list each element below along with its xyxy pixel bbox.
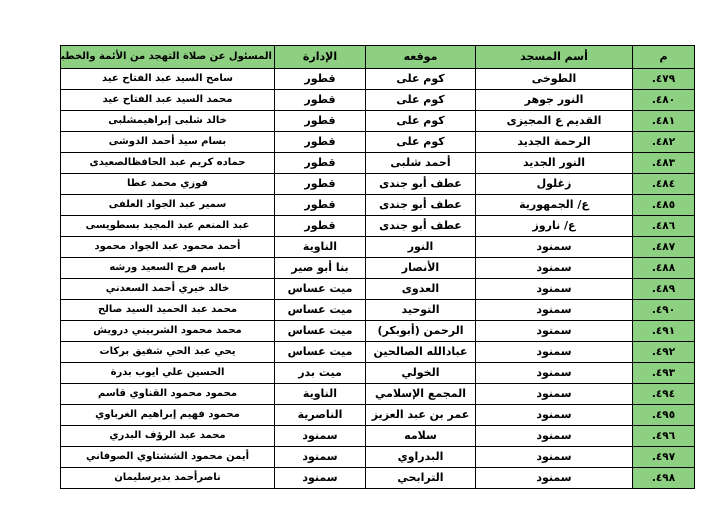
administration-cell: قطور <box>275 111 366 132</box>
row-number-cell: ٤٨٢. <box>633 132 695 153</box>
mosque-name-cell: النور جوهر <box>476 90 633 111</box>
table-row: ٤٨٩.سمنودالعدوىميت عساسخالد خيري أحمد ال… <box>61 279 695 300</box>
table-row: ٤٨٧.سمنودالنورالناويةأحمد محمود عبد الجو… <box>61 237 695 258</box>
tahajjud-imam-cell: سامح السيد عبد الفتاح عيد <box>61 69 275 90</box>
table-row: ٤٨٦.ع/ ناروزعطف أبو جندىقطورعبد المنعم ع… <box>61 216 695 237</box>
tahajjud-imam-cell: محمد محمود الشربيني درويش <box>61 321 275 342</box>
tahajjud-imam-cell: محمود فهيم إبراهيم الغرباوي <box>61 405 275 426</box>
row-number-cell: ٤٧٩. <box>633 69 695 90</box>
row-number-cell: ٤٨٩. <box>633 279 695 300</box>
tahajjud-imam-cell: خالد شلبى إبراهيمشلبى <box>61 111 275 132</box>
col-header-mosque-name: أسم المسجد <box>476 46 633 69</box>
col-header-administration: الإدارة <box>275 46 366 69</box>
location-cell: البدراوي <box>366 447 476 468</box>
mosque-name-cell: الرحمة الجديد <box>476 132 633 153</box>
administration-cell: ميت عساس <box>275 300 366 321</box>
mosque-name-cell: سمنود <box>476 279 633 300</box>
location-cell: المجمع الإسلامي <box>366 384 476 405</box>
row-number-cell: ٤٩٧. <box>633 447 695 468</box>
mosque-name-cell: سمنود <box>476 237 633 258</box>
administration-cell: ميت عساس <box>275 279 366 300</box>
administration-cell: قطور <box>275 153 366 174</box>
tahajjud-imam-cell: عبد المنعم عبد المجيد بسطويسى <box>61 216 275 237</box>
table-row: ٤٨٣.النور الجديدأحمد شلبىقطورحماده كريم … <box>61 153 695 174</box>
location-cell: عطف أبو جندى <box>366 174 476 195</box>
row-number-cell: ٤٩٦. <box>633 426 695 447</box>
administration-cell: قطور <box>275 132 366 153</box>
tahajjud-imam-cell: محمد السيد عبد الفتاح عيد <box>61 90 275 111</box>
table-body: ٤٧٩.الطوخىكوم علىقطورسامح السيد عبد الفت… <box>61 69 695 489</box>
row-number-cell: ٤٨٥. <box>633 195 695 216</box>
mosque-name-cell: ع/ الجمهورية <box>476 195 633 216</box>
table-row: ٤٨٤.زغلولعطف أبو جندىقطورفوزي محمد عطا <box>61 174 695 195</box>
mosque-tahajjud-table: م أسم المسجد موقعه الإدارة المسئول عن صل… <box>60 45 695 489</box>
table-row: ٤٨١.القديم ع المجيزىكوم علىقطورخالد شلبى… <box>61 111 695 132</box>
tahajjud-imam-cell: محمد عبد الرؤف البدري <box>61 426 275 447</box>
row-number-cell: ٤٩٢. <box>633 342 695 363</box>
tahajjud-imam-cell: بسام سيد أحمد الدوشى <box>61 132 275 153</box>
table-row: ٤٨٨.سمنودالأنصاربنا أبو صيرباسم فرج السع… <box>61 258 695 279</box>
tahajjud-imam-cell: ناصرأحمد بديرسليمان <box>61 468 275 489</box>
col-header-tahajjud-imam: المسئول عن صلاة التهجد من الأئمة والخطبا… <box>61 46 275 69</box>
table-row: ٤٩١.سمنودالرحمن (أبوبكر)ميت عساسمحمد محم… <box>61 321 695 342</box>
administration-cell: بنا أبو صير <box>275 258 366 279</box>
administration-cell: قطور <box>275 216 366 237</box>
table-row: ٤٩٨.سمنودالترابحيسمنودناصرأحمد بديرسليما… <box>61 468 695 489</box>
location-cell: عمر بن عبد العزيز <box>366 405 476 426</box>
row-number-cell: ٤٩٠. <box>633 300 695 321</box>
administration-cell: قطور <box>275 195 366 216</box>
administration-cell: قطور <box>275 174 366 195</box>
row-number-cell: ٤٩٨. <box>633 468 695 489</box>
mosque-name-cell: سمنود <box>476 342 633 363</box>
row-number-cell: ٤٨٧. <box>633 237 695 258</box>
mosque-name-cell: سمنود <box>476 468 633 489</box>
mosque-name-cell: سمنود <box>476 426 633 447</box>
tahajjud-imam-cell: خالد خيري أحمد السعدني <box>61 279 275 300</box>
administration-cell: الناوية <box>275 237 366 258</box>
row-number-cell: ٤٨٠. <box>633 90 695 111</box>
location-cell: أحمد شلبى <box>366 153 476 174</box>
col-header-number: م <box>633 46 695 69</box>
mosque-name-cell: القديم ع المجيزى <box>476 111 633 132</box>
location-cell: كوم على <box>366 90 476 111</box>
mosque-name-cell: سمنود <box>476 363 633 384</box>
page: { "colors": { "header_green": "#8ed081",… <box>0 0 720 509</box>
tahajjud-imam-cell: باسم فرج السعيد ورشه <box>61 258 275 279</box>
administration-cell: ميت بدر <box>275 363 366 384</box>
tahajjud-imam-cell: أيمن محمود الششتاوي الصوفاني <box>61 447 275 468</box>
mosque-name-cell: الطوخى <box>476 69 633 90</box>
administration-cell: سمنود <box>275 468 366 489</box>
mosque-name-cell: سمنود <box>476 447 633 468</box>
tahajjud-imam-cell: يحي عبد الحي شفيق بركات <box>61 342 275 363</box>
mosque-name-cell: زغلول <box>476 174 633 195</box>
table-row: ٤٩٠.سمنودالتوحيدميت عساسمحمد عبد الحميد … <box>61 300 695 321</box>
administration-cell: سمنود <box>275 426 366 447</box>
table-row: ٤٩٢.سمنودعبادالله الصالحينميت عساسيحي عب… <box>61 342 695 363</box>
table-header: م أسم المسجد موقعه الإدارة المسئول عن صل… <box>61 46 695 69</box>
mosque-name-cell: النور الجديد <box>476 153 633 174</box>
row-number-cell: ٤٩٤. <box>633 384 695 405</box>
table-row: ٤٩٤.سمنودالمجمع الإسلاميالناويةمحمود محم… <box>61 384 695 405</box>
administration-cell: قطور <box>275 90 366 111</box>
table-row: ٤٨٢.الرحمة الجديدكوم علىقطوربسام سيد أحم… <box>61 132 695 153</box>
administration-cell: الناوية <box>275 384 366 405</box>
tahajjud-imam-cell: الحسين علي ايوب بدرة <box>61 363 275 384</box>
row-number-cell: ٤٨٣. <box>633 153 695 174</box>
header-row: م أسم المسجد موقعه الإدارة المسئول عن صل… <box>61 46 695 69</box>
administration-cell: الناصرية <box>275 405 366 426</box>
tahajjud-imam-cell: فوزي محمد عطا <box>61 174 275 195</box>
mosque-name-cell: سمنود <box>476 300 633 321</box>
tahajjud-imam-cell: حماده كريم عبد الحافظالصعيدى <box>61 153 275 174</box>
mosque-name-cell: سمنود <box>476 258 633 279</box>
location-cell: كوم على <box>366 69 476 90</box>
row-number-cell: ٤٩٣. <box>633 363 695 384</box>
location-cell: كوم على <box>366 111 476 132</box>
row-number-cell: ٤٨٦. <box>633 216 695 237</box>
location-cell: سلامه <box>366 426 476 447</box>
location-cell: العدوى <box>366 279 476 300</box>
administration-cell: ميت عساس <box>275 342 366 363</box>
table-row: ٤٩٦.سمنودسلامهسمنودمحمد عبد الرؤف البدري <box>61 426 695 447</box>
table-row: ٤٨٠.النور جوهركوم علىقطورمحمد السيد عبد … <box>61 90 695 111</box>
mosque-name-cell: ع/ ناروز <box>476 216 633 237</box>
administration-cell: ميت عساس <box>275 321 366 342</box>
location-cell: التوحيد <box>366 300 476 321</box>
row-number-cell: ٤٨٤. <box>633 174 695 195</box>
mosque-name-cell: سمنود <box>476 321 633 342</box>
location-cell: الترابحي <box>366 468 476 489</box>
row-number-cell: ٤٨١. <box>633 111 695 132</box>
administration-cell: سمنود <box>275 447 366 468</box>
tahajjud-imam-cell: محمد عبد الحميد السيد صالح <box>61 300 275 321</box>
location-cell: عبادالله الصالحين <box>366 342 476 363</box>
table-row: ٤٩٥.سمنودعمر بن عبد العزيزالناصريةمحمود … <box>61 405 695 426</box>
tahajjud-imam-cell: محمود محمود القناوي قاسم <box>61 384 275 405</box>
tahajjud-imam-cell: أحمد محمود عبد الجواد محمود <box>61 237 275 258</box>
location-cell: عطف أبو جندى <box>366 195 476 216</box>
location-cell: الأنصار <box>366 258 476 279</box>
table-row: ٤٩٧.سمنودالبدراويسمنودأيمن محمود الششتاو… <box>61 447 695 468</box>
location-cell: النور <box>366 237 476 258</box>
col-header-location: موقعه <box>366 46 476 69</box>
mosque-name-cell: سمنود <box>476 405 633 426</box>
table-row: ٤٨٥.ع/ الجمهوريةعطف أبو جندىقطورسمير عبد… <box>61 195 695 216</box>
table-row: ٤٩٣.سمنودالخوليميت بدرالحسين علي ايوب بد… <box>61 363 695 384</box>
tahajjud-imam-cell: سمير عبد الجواد العلفى <box>61 195 275 216</box>
location-cell: عطف أبو جندى <box>366 216 476 237</box>
table-row: ٤٧٩.الطوخىكوم علىقطورسامح السيد عبد الفت… <box>61 69 695 90</box>
mosque-name-cell: سمنود <box>476 384 633 405</box>
location-cell: الخولي <box>366 363 476 384</box>
row-number-cell: ٤٩٥. <box>633 405 695 426</box>
row-number-cell: ٤٨٨. <box>633 258 695 279</box>
location-cell: كوم على <box>366 132 476 153</box>
location-cell: الرحمن (أبوبكر) <box>366 321 476 342</box>
administration-cell: قطور <box>275 69 366 90</box>
row-number-cell: ٤٩١. <box>633 321 695 342</box>
